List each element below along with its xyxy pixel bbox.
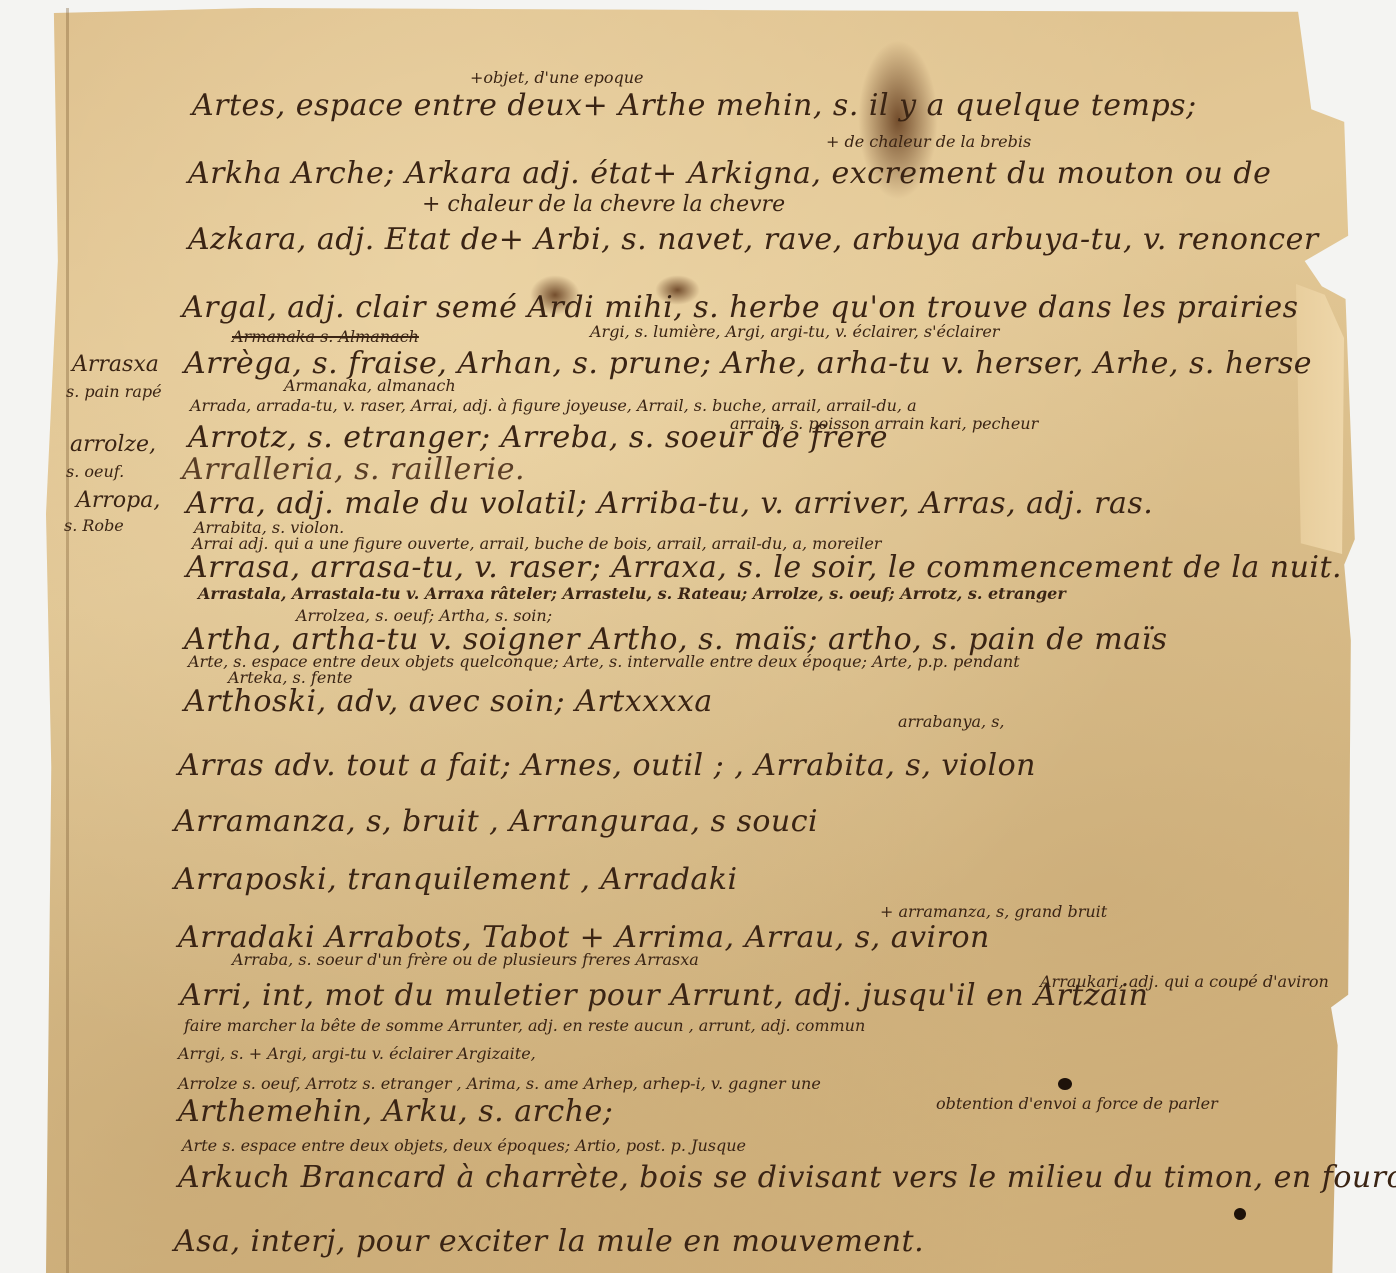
- text-line: Arrada, arrada-tu, v. raser, Arrai, adj.…: [190, 396, 917, 415]
- text-line: Argi, s. lumière, Argi, argi-tu, v. écla…: [590, 322, 999, 341]
- text-line: + arramanza, s, grand bruit: [880, 902, 1107, 921]
- ink-blot-timon: [1234, 1208, 1246, 1220]
- text-line: Arthoski, adv, avec soin; Artxxxxa: [184, 684, 713, 719]
- text-line: Argal, adj. clair semé Ardi mihi, s. her…: [182, 290, 1299, 325]
- text-line: Artes, espace entre deux+ Arthe mehin, s…: [192, 88, 1197, 123]
- text-line: faire marcher la bête de somme Arrunter,…: [184, 1016, 865, 1035]
- text-line: Azkara, adj. Etat de+ Arbi, s. navet, ra…: [188, 222, 1319, 257]
- text-line: Arrotz, s. etranger; Arreba, s. soeur de…: [188, 420, 888, 455]
- ink-blot-arhep: [1058, 1078, 1072, 1090]
- text-line: Asa, interj, pour exciter la mule en mou…: [174, 1224, 924, 1259]
- text-line: +objet, d'une epoque: [470, 68, 643, 87]
- margin-note-gloss: s. oeuf.: [66, 462, 124, 481]
- struck-text-line: Armanaka s. Almanach: [232, 327, 419, 346]
- text-line: Arri, int, mot du muletier pour Arrunt, …: [180, 978, 1148, 1013]
- text-line: Arralleria, s. raillerie.: [182, 452, 525, 487]
- left-margin-fold-line: [66, 8, 69, 1273]
- text-line: Arrastala, Arrastala-tu v. Arraxa râtele…: [198, 584, 1066, 603]
- text-line: Arras adv. tout a fait; Arnes, outil ; ,…: [178, 748, 1036, 783]
- text-line: Arkha Arche; Arkara adj. état+ Arkigna, …: [188, 156, 1271, 191]
- text-line: + de chaleur de la brebis: [826, 132, 1031, 151]
- margin-note-headword: Arrasxa: [72, 352, 159, 377]
- text-line: Armanaka, almanach: [284, 376, 456, 395]
- margin-note-gloss: s. pain rapé: [66, 382, 162, 401]
- text-line: arrabanya, s,: [898, 712, 1005, 731]
- text-line: Arte s. espace entre deux objets, deux é…: [182, 1136, 746, 1155]
- text-line: Arrgi, s. + Argi, argi-tu v. éclairer Ar…: [178, 1044, 536, 1063]
- text-line: Arramanza, s, bruit , Arranguraa, s souc…: [174, 804, 818, 839]
- text-line: Arra, adj. male du volatil; Arriba-tu, v…: [186, 486, 1153, 521]
- text-line: Arrolze s. oeuf, Arrotz s. etranger , Ar…: [178, 1074, 821, 1093]
- text-line: Arraposki, tranquilement , Arradaki: [174, 862, 738, 897]
- margin-note-headword: Arropa,: [76, 488, 160, 513]
- text-line: Arkuch Brancard à charrète, bois se divi…: [178, 1160, 1396, 1195]
- text-line: Arthemehin, Arku, s. arche;: [178, 1094, 613, 1129]
- text-line: Arrasa, arrasa-tu, v. raser; Arraxa, s. …: [186, 550, 1342, 585]
- text-line: obtention d'envoi a force de parler: [936, 1094, 1218, 1113]
- folded-corner: [1296, 284, 1344, 554]
- text-line: + chaleur de la chevre la chevre: [422, 192, 785, 217]
- margin-note-gloss: s. Robe: [64, 516, 124, 535]
- text-line: Arraba, s. soeur d'un frère ou de plusie…: [232, 950, 699, 969]
- margin-note-headword: arrolze,: [70, 432, 156, 457]
